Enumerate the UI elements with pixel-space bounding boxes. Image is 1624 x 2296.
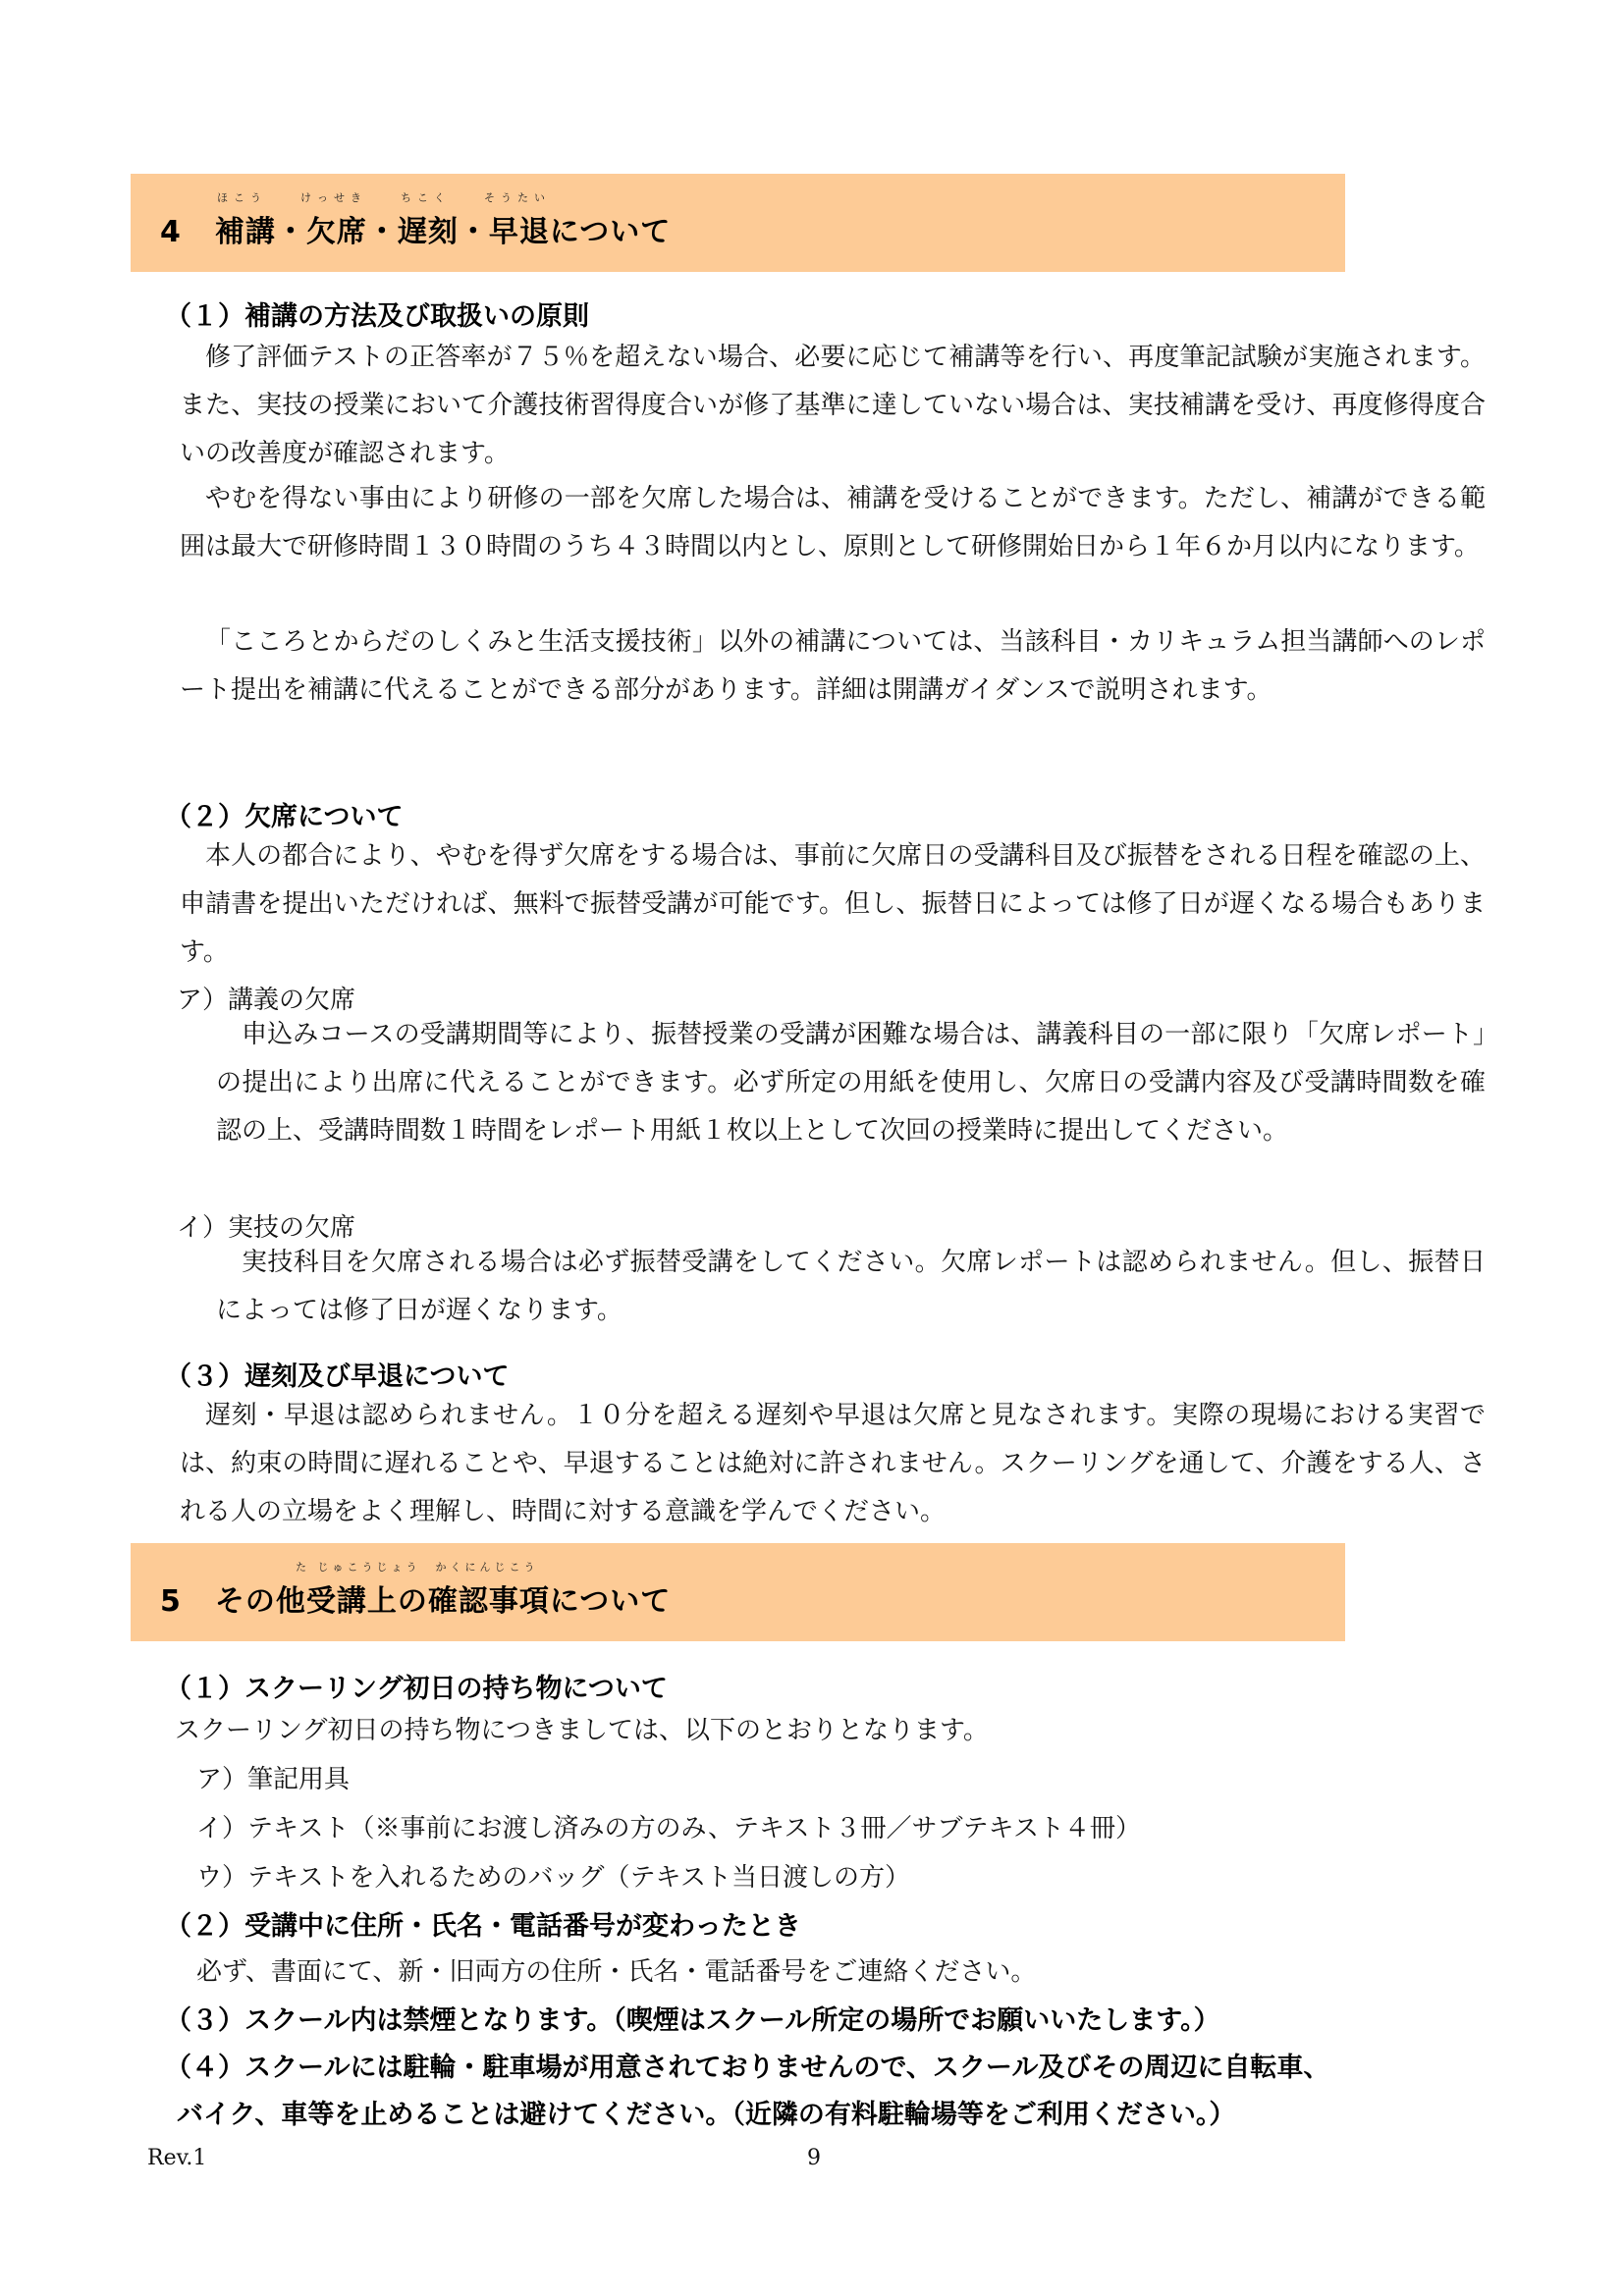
section-5-title-text: その他受講上の確認事項について <box>215 1584 671 1619</box>
section-4-2-paragraph: 本人の都合により、やむを得ず欠席をする場合は、事前に欠席日の受講科目及び振替をさ… <box>180 832 1486 977</box>
section-4-1-paragraph-2: やむを得ない事由により研修の一部を欠席した場合は、補講を受けることができます。た… <box>180 475 1486 571</box>
section-4-ruby: ほこう けっせき ちこく そうたい <box>217 189 551 205</box>
section-5-2-heading: （２）受講中に住所・氏名・電話番号が変わったとき <box>165 1904 801 1943</box>
section-4-2-heading: （２）欠席について <box>165 795 403 833</box>
section-5-1-heading: （１）スクーリング初日の持ち物について <box>165 1667 668 1705</box>
section-4-number: 4 <box>160 215 182 249</box>
section-4-1-paragraph-3: 「こころとからだのしくみと生活支援技術」以外の補講については、当該科目・カリキュ… <box>180 618 1486 715</box>
section-4-title-text: 補講・欠席・遅刻・早退について <box>215 215 671 249</box>
list-item-textbooks: イ）テキスト（※事前にお渡し済みの方のみ、テキスト３冊／サブテキスト４冊） <box>196 1808 1141 1844</box>
section-5-banner: た じゅこうじょう かくにんじこう 5その他受講上の確認事項について <box>131 1543 1345 1641</box>
list-item-bag: ウ）テキストを入れるためのバッグ（テキスト当日渡しの方） <box>196 1857 910 1894</box>
section-4-title: 4補講・欠席・遅刻・早退について <box>160 207 671 250</box>
section-5-ruby: た じゅこうじょう かくにんじこう <box>296 1559 539 1575</box>
section-5-1-intro: スクーリング初日の持ち物につきましては、以下のとおりとなります。 <box>175 1710 989 1746</box>
section-4-1-paragraph-1: 修了評価テストの正答率が７５％を超えない場合、必要に応じて補講等を行い、再度筆記… <box>180 334 1486 478</box>
page-number: 9 <box>807 2146 821 2170</box>
section-4-1-heading: （１）補講の方法及び取扱いの原則 <box>165 294 589 333</box>
section-5-number: 5 <box>160 1584 182 1619</box>
section-4-3-heading: （３）遅刻及び早退について <box>165 1355 509 1393</box>
section-5-2-text: 必ず、書面にて、新・旧両方の住所・氏名・電話番号をご連絡ください。 <box>196 1951 1036 1988</box>
section-4-banner: ほこう けっせき ちこく そうたい 4補講・欠席・遅刻・早退について <box>131 174 1345 272</box>
list-item-writing-tools: ア）筆記用具 <box>196 1759 350 1795</box>
section-4-2-b-text: 実技科目を欠席される場合は必ず振替受講をしてください。欠席レポートは認められませ… <box>216 1239 1486 1335</box>
section-4-2-a-text: 申込みコースの受講期間等により、振替授業の受講が困難な場合は、講義科目の一部に限… <box>216 1011 1486 1155</box>
section-4-3-paragraph: 遅刻・早退は認められません。１０分を超える遅刻や早退は欠席と見なされます。実際の… <box>180 1392 1486 1536</box>
section-5-4-heading-line-1: （４）スクールには駐輪・駐車場が用意されておりませんので、スクール及びその周辺に… <box>165 2046 1329 2084</box>
section-5-title: 5その他受講上の確認事項について <box>160 1576 671 1620</box>
revision-label: Rev.1 <box>147 2146 206 2170</box>
section-5-4-heading-line-2: バイク、車等を止めることは避けてください。（近隣の有料駐輪場等をご利用ください。… <box>177 2093 1235 2131</box>
section-5-3-heading: （３）スクール内は禁煙となります。（喫煙はスクール所定の場所でお願いいたします。… <box>165 1999 1220 2037</box>
